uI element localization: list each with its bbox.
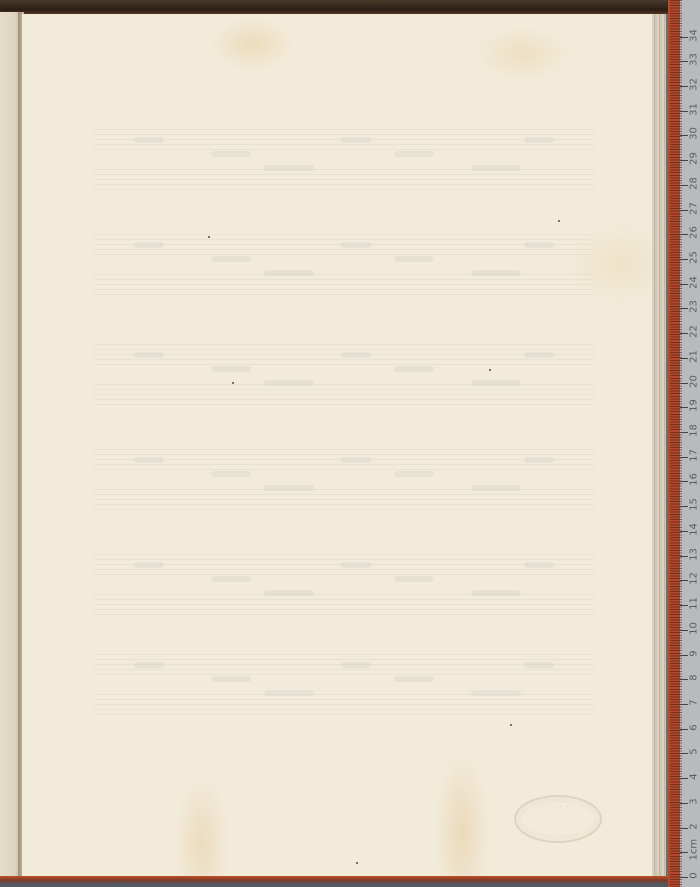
staff-line-ghost (94, 669, 594, 670)
staff-line-ghost (94, 674, 594, 675)
staff-line-ghost (94, 509, 594, 510)
staff-line-ghost (94, 294, 594, 295)
ruler-cm-tick (680, 457, 688, 458)
ruler-label: 33 (689, 50, 700, 70)
note-ghost (134, 242, 164, 248)
note-ghost (341, 562, 371, 568)
note-ghost (341, 137, 371, 143)
ruler-label: 7 (689, 692, 700, 712)
ruler-cm-tick (680, 259, 688, 260)
ruler-cm-tick (680, 655, 688, 656)
staff-line-ghost (94, 239, 594, 240)
staff-line-ghost (94, 704, 594, 705)
note-ghost (341, 662, 371, 668)
ruler-label: 27 (689, 198, 700, 218)
note-ghost (341, 352, 371, 358)
ruler-label: 17 (689, 445, 700, 465)
staff-line-ghost (94, 659, 594, 660)
note-ghost (471, 270, 521, 276)
ruler-label: 2 (689, 816, 700, 836)
ruler-label: 30 (689, 124, 700, 144)
note-ghost (134, 562, 164, 568)
staff-line-ghost (94, 344, 594, 345)
note-ghost (264, 690, 314, 696)
note-ghost (524, 562, 554, 568)
paper-speck (208, 236, 210, 238)
staff-line-ghost (94, 554, 594, 555)
ruler-label: 26 (689, 223, 700, 243)
note-ghost (264, 380, 314, 386)
ruler-label: 20 (689, 371, 700, 391)
note-ghost (394, 256, 434, 262)
ruler-cm-tick (680, 753, 688, 754)
ruler-cm-tick (680, 803, 688, 804)
ruler-cm-tick (680, 506, 688, 507)
ruler-label: 4 (689, 767, 700, 787)
ruler-label: 0 (689, 866, 700, 886)
ruler-cm-tick (680, 630, 688, 631)
staff-line-ghost (94, 394, 594, 395)
staff-line-ghost (94, 254, 594, 255)
note-ghost (524, 662, 554, 668)
stamp-text: · · · · · · (516, 803, 600, 811)
staff-line-ghost (94, 389, 594, 390)
ruler-label: 25 (689, 248, 700, 268)
ruler-label: 21 (689, 346, 700, 366)
ruler-cm-tick (680, 210, 688, 211)
ruler-cm-tick (680, 605, 688, 606)
note-ghost (471, 165, 521, 171)
ruler-cm-tick (680, 333, 688, 334)
ruler-label: 32 (689, 74, 700, 94)
staff-line-ghost (94, 359, 594, 360)
note-ghost (211, 576, 251, 582)
ruler-cm-tick (680, 61, 688, 62)
ruler-label: 10 (689, 618, 700, 638)
paper-speck (356, 862, 358, 864)
note-ghost (134, 457, 164, 463)
ruler-label: 18 (689, 421, 700, 441)
staff-line-ghost (94, 189, 594, 190)
staff-line-ghost (94, 574, 594, 575)
note-ghost (394, 366, 434, 372)
note-ghost (264, 270, 314, 276)
ruler-cm-tick (680, 877, 688, 878)
staff-line-ghost (94, 569, 594, 570)
note-ghost (211, 151, 251, 157)
staff-line-ghost (94, 174, 594, 175)
staff-line-ghost (94, 609, 594, 610)
ruler-label: 28 (689, 173, 700, 193)
staff-line-ghost (94, 469, 594, 470)
staff-line-ghost (94, 454, 594, 455)
blank-page (22, 14, 652, 876)
ruler-label: 34 (689, 25, 700, 45)
staff-line-ghost (94, 399, 594, 400)
staff-line-ghost (94, 234, 594, 235)
staff-line-ghost (94, 129, 594, 130)
staff-line-ghost (94, 249, 594, 250)
ruler-label: 31 (689, 99, 700, 119)
note-ghost (211, 366, 251, 372)
paper-speck (232, 382, 234, 384)
ruler-cm-tick (680, 531, 688, 532)
note-ghost (211, 676, 251, 682)
note-ghost (134, 662, 164, 668)
paper-speck (558, 220, 560, 222)
ruler-label: 13 (689, 544, 700, 564)
note-ghost (264, 590, 314, 596)
ruler-cm-tick (680, 556, 688, 557)
staff-line-ghost (94, 714, 594, 715)
staff-line-ghost (94, 709, 594, 710)
staff-line-ghost (94, 184, 594, 185)
note-ghost (471, 590, 521, 596)
book-cover-bottom-edge (0, 876, 668, 887)
staff-line-ghost (94, 494, 594, 495)
ruler-cm-tick (680, 160, 688, 161)
ruler-cm-tick (680, 111, 688, 112)
note-ghost (524, 352, 554, 358)
ruler-cm-tick (680, 135, 688, 136)
note-ghost (471, 485, 521, 491)
ruler-cm-tick (680, 704, 688, 705)
ruler-cm-tick (680, 432, 688, 433)
ruler-label: 6 (689, 717, 700, 737)
paper-speck (489, 369, 491, 371)
ruler-cm-tick (680, 185, 688, 186)
staff-line-ghost (94, 289, 594, 290)
note-ghost (341, 242, 371, 248)
staff-line-ghost (94, 404, 594, 405)
note-ghost (524, 457, 554, 463)
ruler-cm-tick (680, 481, 688, 482)
staff-line-ghost (94, 559, 594, 560)
note-ghost (134, 352, 164, 358)
ruler-label: 9 (689, 643, 700, 663)
ruler-label: 5 (689, 742, 700, 762)
staff-line-ghost (94, 599, 594, 600)
note-ghost (394, 676, 434, 682)
staff-line-ghost (94, 464, 594, 465)
staff-line-ghost (94, 504, 594, 505)
staff-line-ghost (94, 179, 594, 180)
staff-line-ghost (94, 699, 594, 700)
note-ghost (524, 137, 554, 143)
note-ghost (134, 137, 164, 143)
ruler-cm-tick (680, 383, 688, 384)
note-ghost (211, 256, 251, 262)
ruler-label: 11 (689, 594, 700, 614)
ruler-cm-tick (680, 852, 688, 853)
note-ghost (394, 471, 434, 477)
paper-speck (510, 724, 512, 726)
note-ghost (394, 151, 434, 157)
ruler-label: 14 (689, 519, 700, 539)
ruler-label: 24 (689, 272, 700, 292)
note-ghost (211, 471, 251, 477)
note-ghost (341, 457, 371, 463)
note-ghost (394, 576, 434, 582)
ruler-label: 16 (689, 470, 700, 490)
ruler-cm-tick (680, 284, 688, 285)
staff-line-ghost (94, 279, 594, 280)
note-ghost (471, 380, 521, 386)
staff-line-ghost (94, 604, 594, 605)
ruler-cm-tick (680, 778, 688, 779)
ruler-label: 29 (689, 149, 700, 169)
ruler-cm-tick (680, 580, 688, 581)
ruler-cm-tick (680, 358, 688, 359)
note-ghost (471, 690, 521, 696)
ruler-label: 23 (689, 297, 700, 317)
ruler-label: 3 (689, 791, 700, 811)
book-cover-top-edge (0, 0, 668, 14)
centimeter-ruler: 01cm234567891011121314151617181920212223… (668, 0, 700, 887)
staff-line-ghost (94, 614, 594, 615)
ruler-cm-tick (680, 86, 688, 87)
ruler-label: 15 (689, 495, 700, 515)
ruler-cm-tick (680, 308, 688, 309)
ruler-label: 19 (689, 396, 700, 416)
embossed-stamp: · · · · · · (514, 795, 602, 843)
ruler-label: 22 (689, 322, 700, 342)
staff-line-ghost (94, 654, 594, 655)
staff-line-ghost (94, 499, 594, 500)
staff-line-ghost (94, 144, 594, 145)
ruler-cm-tick (680, 679, 688, 680)
staff-line-ghost (94, 284, 594, 285)
staff-line-ghost (94, 349, 594, 350)
staff-line-ghost (94, 364, 594, 365)
ruler-cm-tick (680, 234, 688, 235)
note-ghost (264, 165, 314, 171)
music-show-through (94, 109, 594, 749)
staff-line-ghost (94, 134, 594, 135)
ruler-cm-tick (680, 407, 688, 408)
staff-line-ghost (94, 449, 594, 450)
ruler-cm-tick (680, 729, 688, 730)
note-ghost (264, 485, 314, 491)
ruler-label: 1cm (689, 841, 700, 861)
ruler-label: 8 (689, 668, 700, 688)
ruler-cm-tick (680, 828, 688, 829)
ruler-cm-tick (680, 37, 688, 38)
ruler-label: 12 (689, 569, 700, 589)
staff-line-ghost (94, 149, 594, 150)
note-ghost (524, 242, 554, 248)
page-block-fore-edge (652, 14, 666, 878)
book-scan: · · · · · · 01cm234567891011121314151617… (0, 0, 700, 887)
